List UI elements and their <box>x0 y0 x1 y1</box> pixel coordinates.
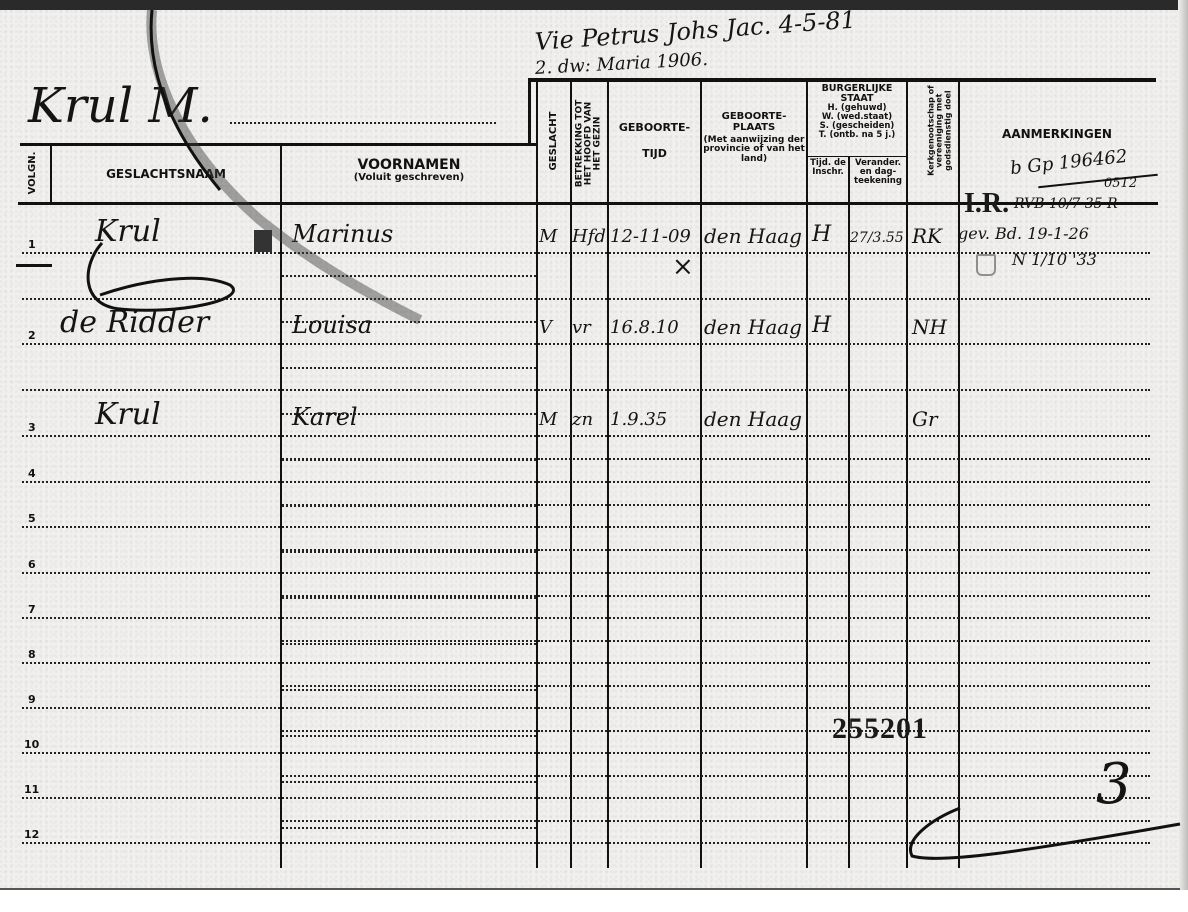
row-number: 8 <box>28 648 36 661</box>
row-number: 9 <box>28 693 36 706</box>
card-top-edge <box>0 0 1188 10</box>
dotted-rule <box>282 389 536 391</box>
dotted-rule <box>538 685 1150 687</box>
col-line-geboortetijd <box>700 80 702 868</box>
dotted-rule <box>538 526 1150 528</box>
dotted-rule-voornamen <box>282 689 536 691</box>
dotted-rule <box>22 435 280 437</box>
header-aanmerkingen: AANMERKINGEN <box>962 128 1152 141</box>
row-number: 3 <box>28 421 36 434</box>
row-number: 2 <box>28 329 36 342</box>
header-kerkgenootschap-text: Kerkgenootschap of vereeniging met godsd… <box>926 85 952 176</box>
header-top-rule-right <box>528 78 1156 82</box>
dotted-rule <box>282 662 536 664</box>
top-annotation-line1: Vie Petrus Johs Jac. 4-5-81 <box>534 6 857 56</box>
dotted-rule <box>538 298 1150 300</box>
dotted-rule <box>282 572 536 574</box>
dotted-rule <box>282 685 536 687</box>
cross-mark: × <box>672 252 694 282</box>
dotted-rule <box>22 526 280 528</box>
dotted-rule <box>22 842 280 844</box>
row-number: 10 <box>24 738 39 751</box>
header-bs-t: T. (ontb. na 5 j.) <box>808 131 906 140</box>
dotted-rule-voornamen <box>282 551 536 553</box>
entry-betrekking: Hfd <box>572 226 606 247</box>
stamp-number: 255201 <box>832 712 928 746</box>
dotted-rule <box>282 842 536 844</box>
dotted-rule <box>282 775 536 777</box>
dotted-rule <box>538 458 1150 460</box>
header-kerkgenootschap: Kerkgenootschap of vereeniging met godsd… <box>927 76 952 186</box>
entry-kerk: RK <box>912 224 942 248</box>
dotted-rule-voornamen <box>282 781 536 783</box>
dotted-rule <box>282 752 536 754</box>
col-line-geslacht <box>570 80 572 868</box>
dotted-rule <box>538 752 1150 754</box>
bs-subdivider <box>806 156 908 157</box>
remark-strike <box>1038 174 1158 189</box>
dotted-rule <box>282 343 536 345</box>
entry-geslacht: M <box>539 226 557 247</box>
entry-geboorteplaats: den Haag <box>704 407 802 431</box>
stamp-ir: I.R. <box>964 188 1009 220</box>
dotted-rule <box>22 572 280 574</box>
entry-geslachtsnaam: Krul <box>95 397 161 432</box>
dotted-rule <box>282 820 536 822</box>
dotted-rule-voornamen <box>282 643 536 645</box>
header-betrekking: BETREKKING TOT HET HOOFD VAN HET GEZIN <box>576 96 603 192</box>
dotted-rule <box>538 435 1150 437</box>
dotted-rule <box>538 549 1150 551</box>
dotted-rule-voornamen <box>282 459 536 461</box>
entry-geboortetijd: 12-11-09 <box>610 226 691 247</box>
dotted-rule <box>22 752 280 754</box>
row-number: 7 <box>28 603 36 616</box>
entry-geboorteplaats: den Haag <box>704 315 802 339</box>
signature-sweep <box>900 800 1188 880</box>
entry-voornamen: Karel <box>292 403 358 431</box>
entry-bs_datum: 27/3.55 <box>850 230 904 246</box>
col-line-betrekking <box>607 80 609 868</box>
entry-geboortetijd: 1.9.35 <box>610 409 667 430</box>
dotted-rule <box>282 617 536 619</box>
dotted-rule <box>282 707 536 709</box>
row-number: 1 <box>28 238 36 251</box>
dotted-rule <box>22 797 280 799</box>
entry-kerk: NH <box>912 315 947 339</box>
dotted-rule <box>538 775 1150 777</box>
entry-betrekking: zn <box>572 409 593 430</box>
col-line-bs-verander <box>906 80 908 868</box>
dotted-rule <box>538 617 1150 619</box>
dotted-rule <box>22 481 280 483</box>
dotted-rule <box>538 707 1150 709</box>
entry-betrekking: vr <box>572 317 591 338</box>
dotted-rule <box>538 797 1150 799</box>
header-volgnr: VOLGN. <box>28 148 38 198</box>
header-bs-tijd: Tijd. de Inschr. <box>808 159 848 177</box>
header-geslacht: GESLACHT <box>549 93 559 189</box>
dotted-rule <box>22 617 280 619</box>
remark-line1: b Gp 196462 <box>1009 146 1128 179</box>
dotted-rule <box>538 504 1150 506</box>
header-step-line <box>528 78 531 146</box>
dotted-rule <box>282 526 536 528</box>
entry-bs: H <box>812 313 831 338</box>
dotted-rule-voornamen <box>282 597 536 599</box>
dotted-rule-voornamen <box>282 367 536 369</box>
dotted-rule-voornamen <box>282 827 536 829</box>
dotted-rule <box>538 481 1150 483</box>
dotted-rule <box>22 662 280 664</box>
entry-bs: H <box>812 222 831 247</box>
dotted-rule <box>538 343 1150 345</box>
header-bs-title: BURGERLIJKE STAAT <box>808 84 906 104</box>
remark-line1b: 0512 <box>1104 176 1137 191</box>
remark-line3: gev. Bd. 19-1-26 <box>958 224 1089 243</box>
col-line-bs-tijd <box>848 156 850 868</box>
pen-stroke-overlay <box>140 10 440 330</box>
dotted-rule <box>538 389 1150 391</box>
row-number: 6 <box>28 558 36 571</box>
entry-geboortetijd: 16.8.10 <box>610 317 679 338</box>
entry-geslacht: V <box>539 317 552 338</box>
page-margin <box>0 890 1188 912</box>
row-number: 4 <box>28 467 36 480</box>
remark-line2: RVB 10/7 35 R <box>1014 196 1118 212</box>
col-line-kerk <box>958 80 960 868</box>
dotted-rule <box>22 389 280 391</box>
dotted-rule <box>22 343 280 345</box>
header-bs-verander: Verander. en dag-teekening <box>850 159 906 186</box>
header-geboorteplaats-line2: PLAATS <box>702 123 806 134</box>
ink-blot <box>254 230 272 252</box>
entry-geboorteplaats: den Haag <box>704 224 802 248</box>
dotted-rule <box>22 707 280 709</box>
dotted-rule <box>282 797 536 799</box>
header-geboortetijd: GEBOORTE- TIJD <box>609 122 700 159</box>
dotted-rule-voornamen <box>282 505 536 507</box>
row1-underline-mark <box>16 264 52 267</box>
dotted-rule <box>282 640 536 642</box>
col-line-voornamen <box>536 80 538 868</box>
header-betrekking-text: BETREKKING TOT HET HOOFD VAN HET GEZIN <box>575 100 603 188</box>
small-stamp-box <box>976 254 996 276</box>
row-number: 12 <box>24 828 39 841</box>
entry-kerk: Gr <box>912 407 938 431</box>
header-geboorteplaats: GEBOORTE- PLAATS (Met aanwijzing der pro… <box>702 112 806 164</box>
dotted-rule <box>538 662 1150 664</box>
dotted-rule <box>538 640 1150 642</box>
remark-line4: N 1/10 '33 <box>1012 250 1097 269</box>
dotted-rule <box>282 730 536 732</box>
dotted-rule <box>538 572 1150 574</box>
card-right-edge <box>1178 0 1188 900</box>
col-line-geboorteplaats <box>806 80 808 868</box>
personal-record-card: Krul M. Vie Petrus Johs Jac. 4-5-81 2. d… <box>0 0 1188 912</box>
row-number: 5 <box>28 512 36 525</box>
dotted-rule-voornamen <box>282 735 536 737</box>
dotted-rule <box>282 435 536 437</box>
header-burgerlijke-staat: BURGERLIJKE STAAT H. (gehuwd) W. (wed.st… <box>808 84 906 140</box>
entry-geslacht: M <box>539 409 557 430</box>
header-geboorteplaats-line1: GEBOORTE- <box>702 112 806 123</box>
header-geboortetijd-line1: GEBOORTE- <box>609 122 700 134</box>
header-geboorteplaats-sub: (Met aanwijzing der provincie of van het… <box>702 136 806 164</box>
dotted-rule <box>282 481 536 483</box>
header-geboortetijd-line2: TIJD <box>609 148 700 160</box>
row-number: 11 <box>24 783 39 796</box>
dotted-rule <box>538 595 1150 597</box>
